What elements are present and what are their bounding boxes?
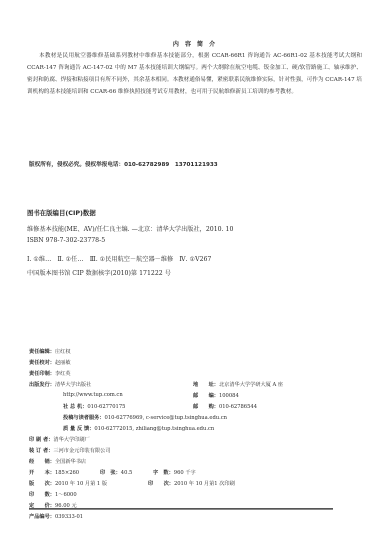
credit-quality-feedback: 质 量 反 馈：010-62772015, zhiliang@tup.tsing… — [63, 425, 214, 432]
intro-text: 本教材是民用航空器维修基础系列教材中维修基本技能部分，根据 CCAR-66R1 … — [27, 50, 362, 98]
credit-printing-supervisor: 责任印制：李红英 — [29, 370, 71, 377]
credit-mail-order: 邮 购：010-62786544 — [193, 403, 257, 410]
credit-publisher: 出版发行：清华大学出版社 — [29, 381, 91, 388]
credit-switchboard: 社 总 机：010-62770175 — [63, 403, 125, 410]
credit-postcode: 邮 编：100084 — [193, 392, 239, 399]
divider-line-shadow — [29, 509, 333, 510]
product-code: 产品编号：039333-01 — [29, 513, 83, 520]
credit-proofreader: 责任校对：赵丽敏 — [29, 359, 71, 366]
cip-isbn: ISBN 978-7-302-23778-5 — [27, 237, 105, 244]
credit-sheets: 印 张：40.5 — [100, 469, 132, 476]
credit-print-run: 印 数：1～6000 — [29, 491, 77, 498]
intro-paragraph: 本教材是民用航空器维修基础系列教材中维修基本技能部分，根据 CCAR-66R1 … — [27, 50, 362, 98]
publisher-website[interactable]: http://www.tup.com.cn — [63, 392, 123, 398]
credit-binder: 装 订 者：三河市金元印装有限公司 — [29, 447, 110, 454]
cip-classification: Ⅰ. ①维… Ⅱ. ①任… Ⅲ. ①民用航空－航空器－维修 Ⅳ. ①V267 — [27, 254, 211, 263]
credit-format: 开 本：185×260 — [29, 469, 79, 476]
credit-edition: 版 次：2010 年 10 月第 1 版 — [29, 480, 107, 487]
credit-word-count: 字 数：960 千字 — [153, 469, 196, 476]
credit-impression: 印 次：2010 年 10 月第1 次印刷 — [148, 480, 235, 487]
credit-reader-service: 投稿与读者服务：010-62776969, c-service@tup.tsin… — [63, 414, 227, 421]
cip-title-line: 维修基本技能(ME、AV)/任仁良主编. —北京：清华大学出版社，2010. 1… — [27, 224, 233, 233]
credit-address: 地 址：北京清华大学学研大厦 A 座 — [193, 381, 283, 388]
cip-record-number: 中国版本图书馆 CIP 数据核字(2010)第 171222 号 — [27, 268, 171, 277]
credit-distributor: 经 销：全国新华书店 — [29, 458, 86, 465]
intro-title: 内 容 简 介 — [0, 39, 390, 48]
cip-heading: 图书在版编目(CIP)数据 — [27, 208, 96, 217]
credit-editor: 责任编辑：庄红权 — [29, 348, 71, 355]
credit-printer: 印 刷 者：清华大学印刷厂 — [29, 436, 90, 443]
copyright-notice: 版权所有，侵权必究。侵权举报电话：010-62782989 1370112193… — [29, 160, 218, 168]
